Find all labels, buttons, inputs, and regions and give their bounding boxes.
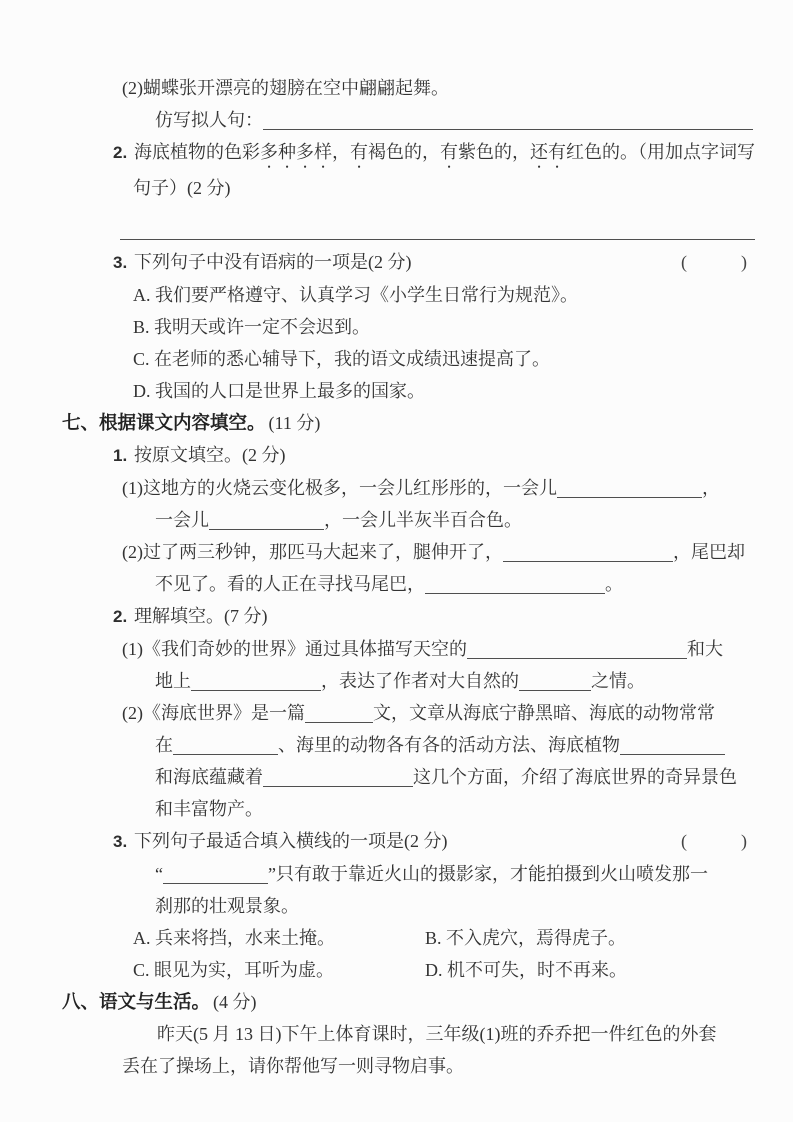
s7-q2-sub2-cont1: 在、海里的动物各有各的活动方法、海底植物 [155,729,793,761]
q3-text: 下列句子中没有语病的一项是(2 分) [134,252,412,272]
s7-q1-sub2: (2)过了两三秒钟，那匹马大起来了，腿伸开了，，尾巴却 [122,536,793,568]
q3-option-a: A. 我们要严格遵守、认真学习《小学生日常行为规范》。 [133,279,793,311]
s7-q1: 1.按原文填空。(2 分) [113,439,793,472]
answer-blank [209,509,324,530]
answer-blank [620,734,725,755]
s7-q3-option-d: D. 机不可失，时不再来。 [425,954,717,986]
s7-q3-stem: “”只有敢于靠近火山的摄影家，才能拍摄到火山喷发那一 [155,858,793,890]
text-segment: 和丰富物产。 [155,799,263,819]
s7-q3-options-row2: C. 眼见为实，耳听为虚。D. 机不可失，时不再来。 [133,954,793,986]
answer-blank [305,702,373,723]
answer-bracket: ( ) [681,246,747,278]
emphasized-text: 有 [440,142,458,162]
answer-blank [163,863,268,884]
s7-q2-sub1-cont: 地上，表达了作者对大自然的之情。 [155,665,793,697]
text-segment: 下列句子中没有语病的一项是(2 分) [134,252,412,272]
s8-paragraph-line1: 昨天(5 月 13 日)下午上体育课时，三年级(1)班的乔乔把一件红色的外套 [157,1018,793,1050]
text-segment: 和海底蕴藏着 [155,767,263,787]
s7-q2-sub2-cont3: 和丰富物产。 [155,793,793,825]
answer-blank [173,734,278,755]
s8-paragraph-line2: 丢在了操场上，请你帮他写一则寻物启事。 [122,1050,793,1082]
s7-q3-text: 下列句子最适合填入横线的一项是(2 分) [134,831,448,851]
section-seven-title: 七、根据课文内容填空。 [62,412,266,433]
text-segment: ， [702,478,720,498]
text-segment: ，尾巴却 [673,542,745,562]
text-segment: 一会儿 [155,510,209,530]
q-butterfly-answer-line: 仿写拟人句： [155,104,793,136]
section-eight-header: 八、语文与生活。(4 分) [62,986,793,1018]
answer-blank [191,670,321,691]
text-segment: 文，文章从海底宁静黑暗、海底的动物常常 [373,703,715,723]
text-segment: “ [155,864,163,884]
s7-q3: 3.下列句子最适合填入横线的一项是(2 分)( ) [113,825,793,858]
emphasized-text: 多种多样 [260,142,332,162]
question-number: 3. [113,247,134,279]
s7-q1-sub1: (1)这地方的火烧云变化极多，一会儿红彤彤的，一会儿， [122,472,793,504]
section-eight-score: (4 分) [213,992,257,1012]
s7-q2: 2.理解填空。(7 分) [113,600,793,633]
text-segment: (2)《海底世界》是一篇 [122,703,305,723]
text-segment: 之情。 [591,671,645,691]
s7-q2-sub2: (2)《海底世界》是一篇文，文章从海底宁静黑暗、海底的动物常常 [122,697,793,729]
s7-q2-sub1: (1)《我们奇妙的世界》通过具体描写天空的和大 [122,633,793,665]
text-segment: 刹那的壮观景象。 [155,896,299,916]
text-segment: (2)蝴蝶张开漂亮的翅膀在空中翩翩起舞。 [122,78,449,98]
answer-blank [557,477,702,498]
text-segment: 在 [155,735,173,755]
section-seven-score: (11 分) [269,413,321,433]
answer-blank [503,541,673,562]
answer-blank [120,219,755,240]
s7-q3-option-b: B. 不入虎穴，焉得虎子。 [425,922,717,954]
s7-q2-text: 理解填空。(7 分) [134,606,268,626]
s7-q1-sub1-cont: 一会儿，一会儿半灰半百合色。 [155,504,793,536]
s7-q2-sub2-cont2: 和海底蕴藏着这几个方面，介绍了海底世界的奇异景色 [155,761,793,793]
s7-q1-text: 按原文填空。(2 分) [134,445,286,465]
text-segment: (1)这地方的火烧云变化极多，一会儿红彤彤的，一会儿 [122,478,557,498]
s7-q3-option-a: A. 兵来将挡，水来土掩。 [133,922,425,954]
text-segment: ， [332,142,350,162]
text-segment: ”只有敢于靠近火山的摄影家，才能拍摄到火山喷发那一 [268,864,708,884]
answer-blank [263,766,413,787]
question-number: 1. [113,440,134,472]
text-segment: 、海里的动物各有各的活动方法、海底植物 [278,735,620,755]
text-segment: 地上 [155,671,191,691]
text-segment: 和大 [687,639,723,659]
s7-q3-option-c: C. 眼见为实，耳听为虚。 [133,954,425,986]
text-segment: 紫色的， [458,142,530,162]
text-segment: (1)《我们奇妙的世界》通过具体描写天空的 [122,639,467,659]
text-segment: 红色的。（用加点字词写 [566,142,755,162]
text-segment: 仿写拟人句： [155,110,263,130]
question-number: 2. [113,601,134,633]
q2-text: 海底植物的色彩多种多样，有褐色的，有紫色的，还有红色的。（用加点字词写 [134,142,755,162]
q-butterfly-sentence: (2)蝴蝶张开漂亮的翅膀在空中翩翩起舞。 [122,72,793,104]
answer-blank [425,573,605,594]
text-segment: 。 [605,574,623,594]
text-segment: 褐色的， [368,142,440,162]
q3-option-c: C. 在老师的悉心辅导下，我的语文成绩迅速提高了。 [133,343,793,375]
text-segment: 不见了。看的人正在寻找马尾巴， [155,574,425,594]
question-number: 2. [113,137,134,169]
s7-q3-options-row1: A. 兵来将挡，水来土掩。B. 不入虎穴，焉得虎子。 [133,922,793,954]
exam-page: (2)蝴蝶张开漂亮的翅膀在空中翩翩起舞。 仿写拟人句： 2.海底植物的色彩多种多… [0,0,793,1122]
text-segment: 句子）(2 分) [133,178,231,198]
answer-bracket: ( ) [681,825,747,857]
q3-option-b: B. 我明天或许一定不会迟到。 [133,311,793,343]
s7-q1-sub2-cont: 不见了。看的人正在寻找马尾巴，。 [155,568,793,600]
question-number: 3. [113,826,134,858]
q3-option-d: D. 我国的人口是世界上最多的国家。 [133,375,793,407]
s7-q3-stem-cont: 刹那的壮观景象。 [155,890,793,922]
text-segment: 按原文填空。(2 分) [134,445,286,465]
answer-blank [467,638,687,659]
text-segment: 理解填空。(7 分) [134,606,268,626]
q2-text-continued: 句子）(2 分) [133,172,793,204]
section-seven-header: 七、根据课文内容填空。(11 分) [62,407,793,439]
text-segment: ，表达了作者对大自然的 [321,671,519,691]
q3-grammar-choice: 3.下列句子中没有语病的一项是(2 分)( ) [113,246,793,279]
text-segment: 下列句子最适合填入横线的一项是(2 分) [134,831,448,851]
emphasized-text: 还有 [530,142,566,162]
q2-sentence-imitation: 2.海底植物的色彩多种多样，有褐色的，有紫色的，还有红色的。（用加点字词写 [113,136,793,172]
text-segment: (2)过了两三秒钟，那匹马大起来了，腿伸开了， [122,542,503,562]
exam-content: (2)蝴蝶张开漂亮的翅膀在空中翩翩起舞。 仿写拟人句： 2.海底植物的色彩多种多… [0,0,793,1082]
text-segment: 这几个方面，介绍了海底世界的奇异景色 [413,767,737,787]
section-eight-title: 八、语文与生活。 [62,991,210,1012]
text-segment: ，一会儿半灰半百合色。 [324,510,522,530]
emphasized-text: 有 [350,142,368,162]
answer-blank [519,670,591,691]
q2-answer-line [120,214,793,246]
answer-blank [263,109,753,130]
text-segment: 海底植物的色彩 [134,142,260,162]
